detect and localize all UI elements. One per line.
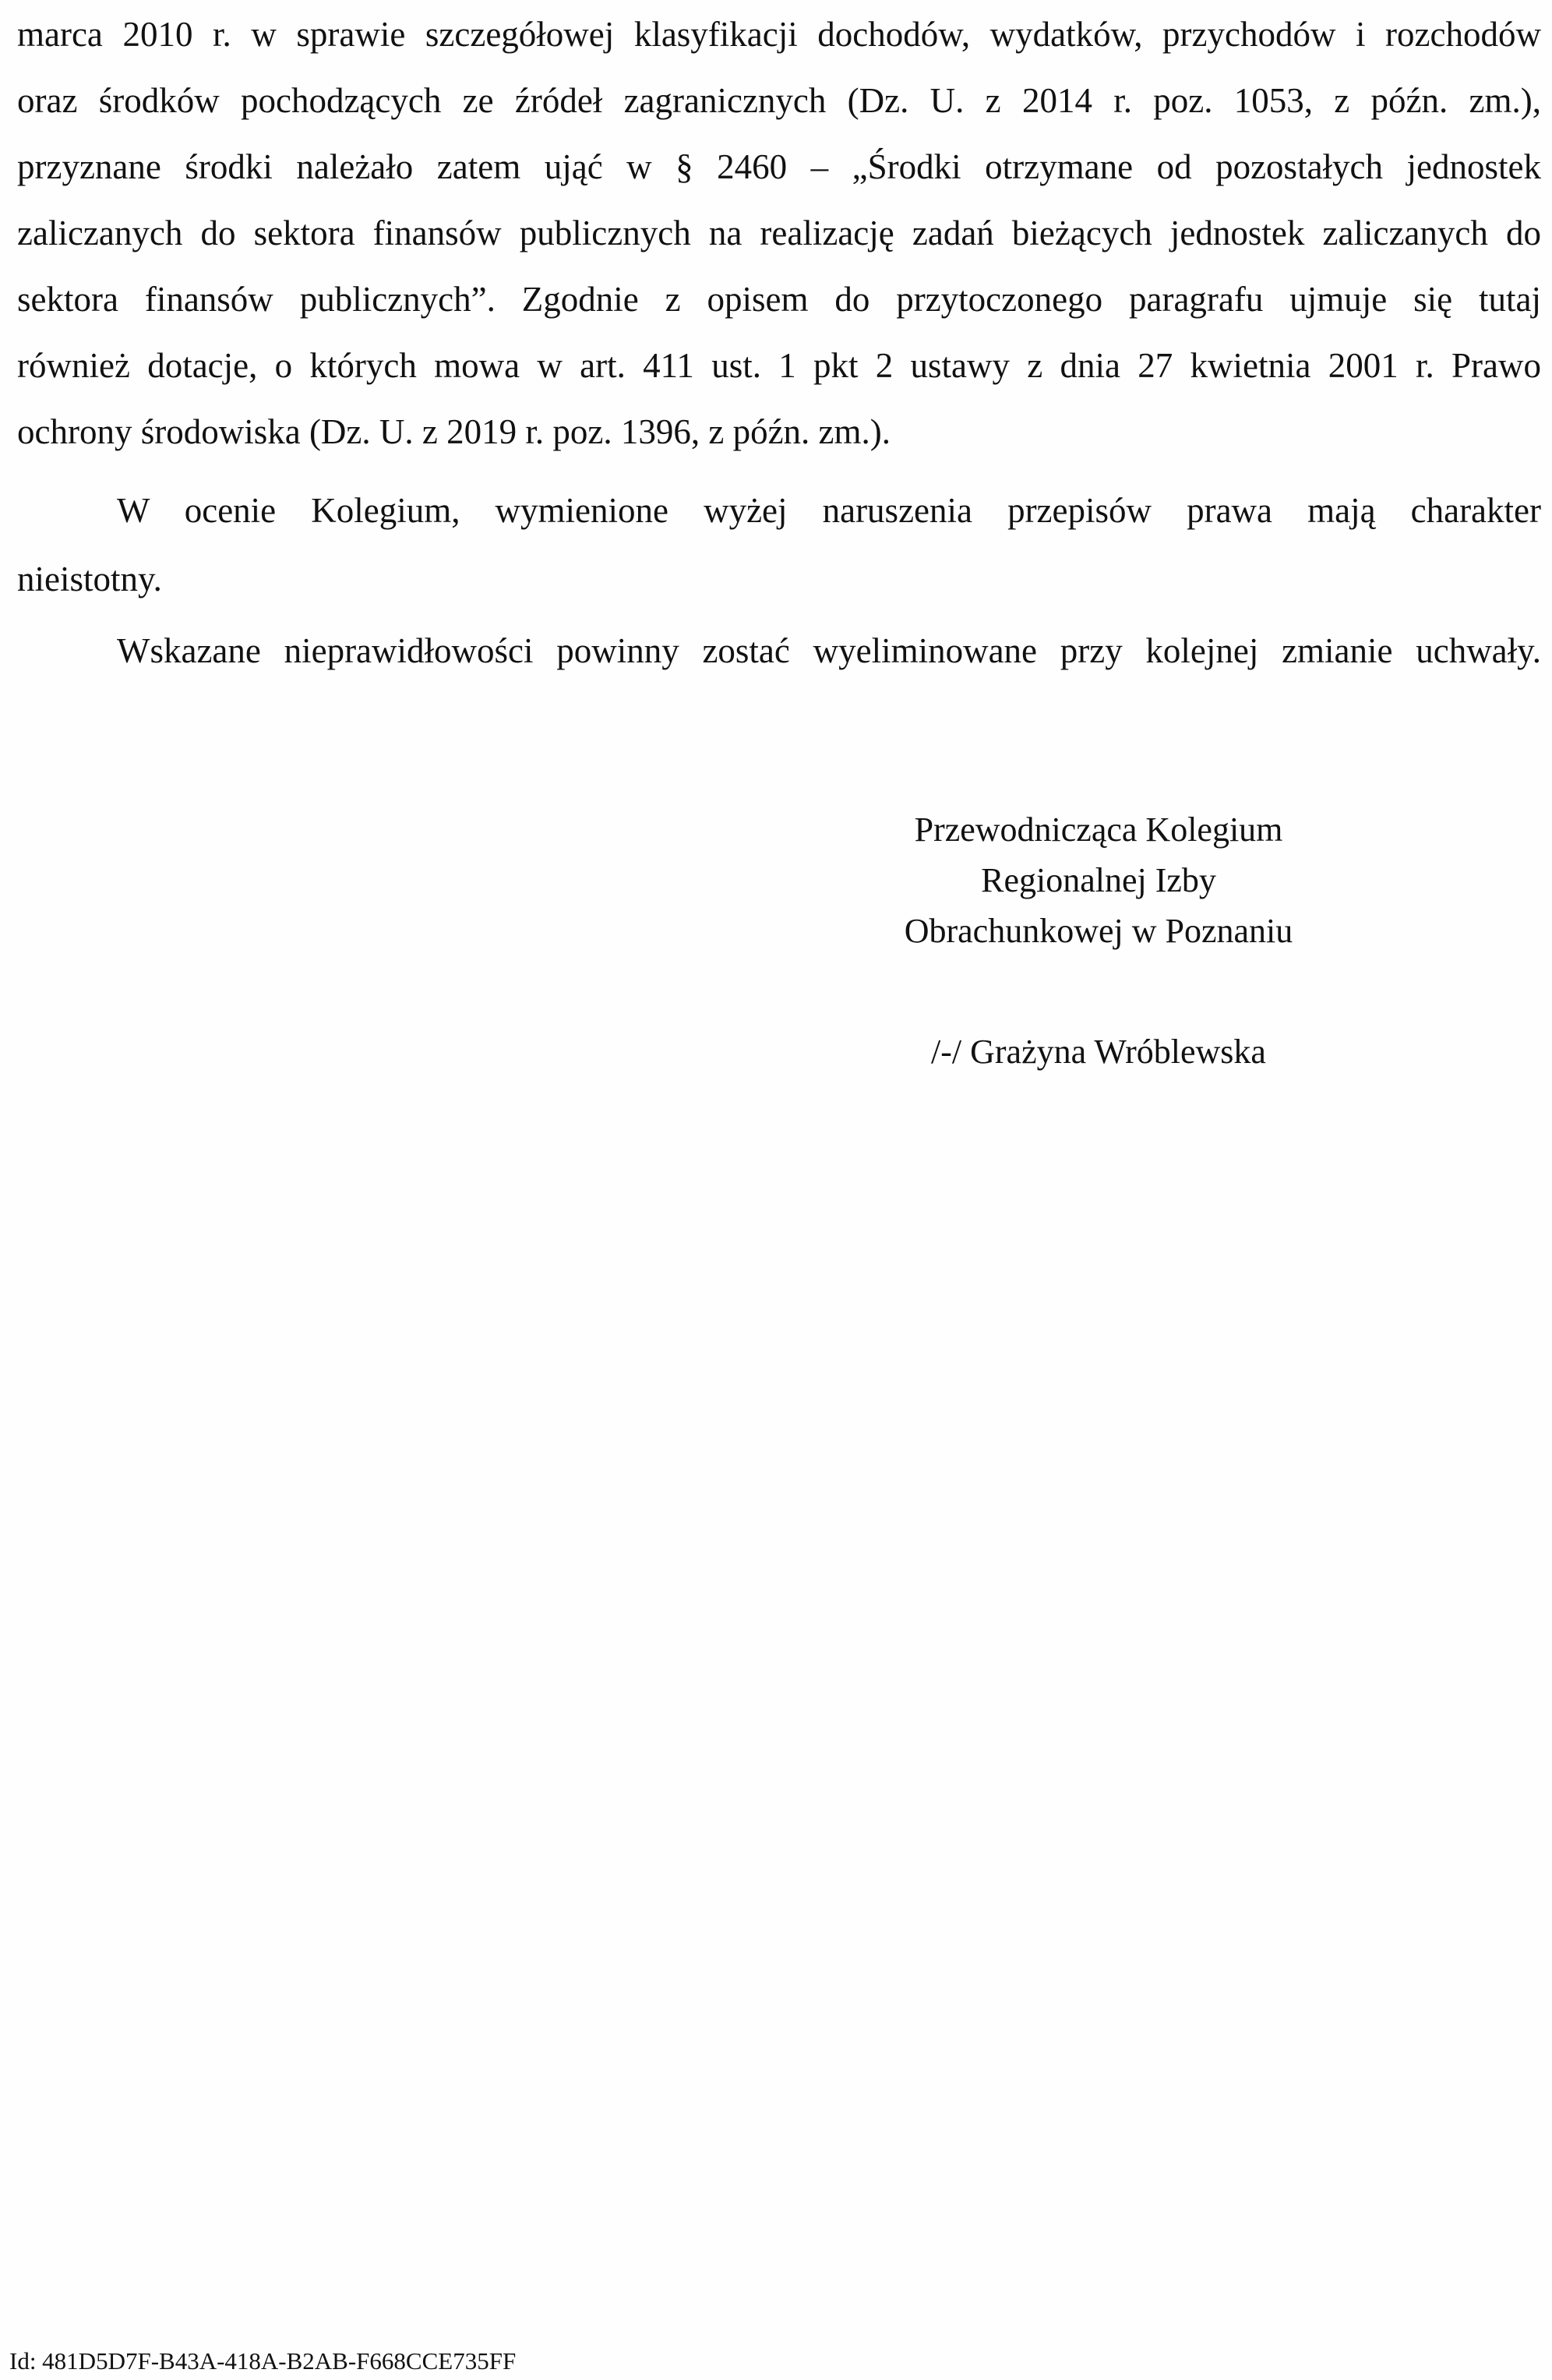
paragraph-line: zaliczanych do sektora finansów publiczn…	[17, 210, 1541, 256]
paragraph-line: przyznane środki należało zatem ująć w §…	[17, 143, 1541, 190]
signature-title-line: Regionalnej Izby	[826, 857, 1371, 904]
paragraph-line: nieistotny.	[17, 556, 1541, 602]
signatory-name: /-/ Grażyna Wróblewska	[826, 1029, 1371, 1075]
paragraph-line: marca 2010 r. w sprawie szczegółowej kla…	[17, 11, 1541, 58]
signature-title-line: Obrachunkowej w Poznaniu	[826, 908, 1371, 955]
paragraph-line: Wskazane nieprawidłowości powinny zostać…	[117, 627, 1541, 674]
paragraph-line: sektora finansów publicznych”. Zgodnie z…	[17, 276, 1541, 323]
document-page: marca 2010 r. w sprawie szczegółowej kla…	[0, 0, 1552, 2380]
paragraph-line: oraz środków pochodzących ze źródeł zagr…	[17, 77, 1541, 124]
paragraph-line: również dotacje, o których mowa w art. 4…	[17, 342, 1541, 389]
signature-title-line: Przewodnicząca Kolegium	[826, 807, 1371, 853]
paragraph-line: W ocenie Kolegium, wymienione wyżej naru…	[117, 487, 1541, 534]
paragraph-line: ochrony środowiska (Dz. U. z 2019 r. poz…	[17, 408, 1541, 455]
document-id: Id: 481D5D7F-B43A-418A-B2AB-F668CCE735FF	[9, 2346, 516, 2377]
